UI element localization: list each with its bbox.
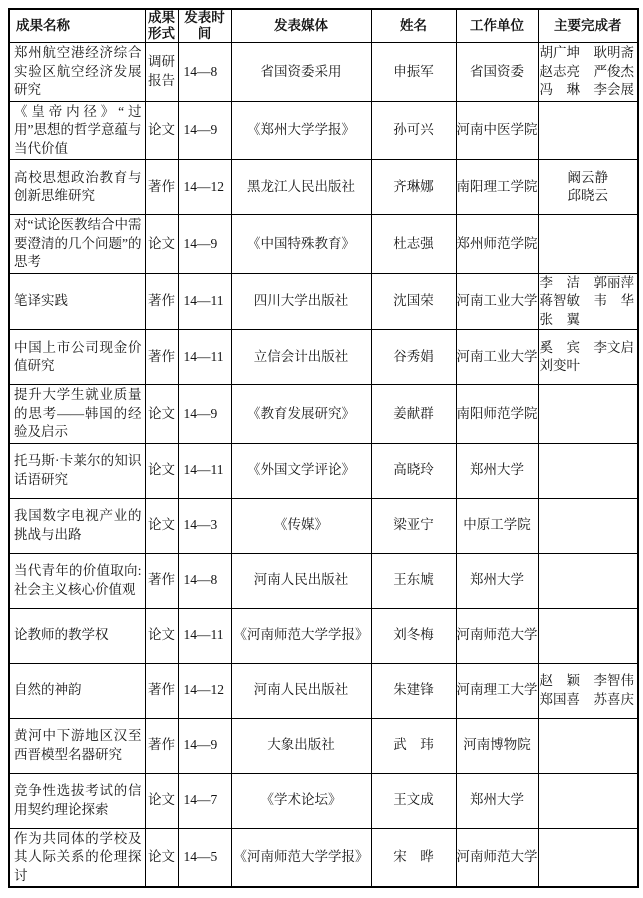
cell-work-unit: 河南理工大学 [456, 663, 538, 718]
cell-achievement-name: 中国上市公司现金价值研究 [9, 330, 145, 385]
cell-person-name: 宋 晔 [371, 828, 456, 887]
table-row: 托马斯·卡莱尔的知识话语研究 论文 14—11 《外国文学评论》 高晓玲 郑州大… [9, 443, 638, 498]
cell-achievement-form: 著作 [145, 160, 178, 215]
header-row: 成果名称 成果形式 发表时间 发表媒体 姓名 工作单位 主要完成者 [9, 9, 638, 43]
cell-work-unit: 南阳师范学院 [456, 385, 538, 444]
cell-contributors [538, 553, 638, 608]
cell-work-unit: 郑州大学 [456, 553, 538, 608]
cell-achievement-form: 著作 [145, 718, 178, 773]
cell-achievement-name: 我国数字电视产业的挑战与出路 [9, 498, 145, 553]
cell-person-name: 姜献群 [371, 385, 456, 444]
col-header-main-contributors: 主要完成者 [538, 9, 638, 43]
cell-achievement-form: 著作 [145, 663, 178, 718]
cell-contributors [538, 498, 638, 553]
cell-achievement-form: 著作 [145, 330, 178, 385]
contributors-text: 奚 宾 李文启 刘变叶 [540, 339, 637, 376]
cell-work-unit: 河南博物院 [456, 718, 538, 773]
cell-person-name: 梁亚宁 [371, 498, 456, 553]
col-header-publish-media: 发表媒体 [231, 9, 371, 43]
cell-achievement-name: 笔译实践 [9, 273, 145, 330]
cell-contributors [538, 608, 638, 663]
cell-contributors: 赵 颖 李智伟 郑国喜 苏喜庆 [538, 663, 638, 718]
cell-publish-media: 河南人民出版社 [231, 663, 371, 718]
cell-work-unit: 河南中医学院 [456, 101, 538, 160]
contributors-text: 赵 颖 李智伟 郑国喜 苏喜庆 [540, 672, 637, 709]
cell-person-name: 谷秀娟 [371, 330, 456, 385]
cell-publish-time: 14—8 [178, 553, 231, 608]
cell-work-unit: 河南师范大学 [456, 828, 538, 887]
col-header-achievement-form: 成果形式 [145, 9, 178, 43]
cell-person-name: 沈国荣 [371, 273, 456, 330]
cell-person-name: 武 玮 [371, 718, 456, 773]
cell-publish-time: 14—9 [178, 215, 231, 274]
cell-publish-time: 14—5 [178, 828, 231, 887]
cell-publish-media: 《传媒》 [231, 498, 371, 553]
cell-work-unit: 河南师范大学 [456, 608, 538, 663]
cell-contributors [538, 773, 638, 828]
cell-work-unit: 郑州大学 [456, 443, 538, 498]
cell-person-name: 高晓玲 [371, 443, 456, 498]
cell-person-name: 王东虓 [371, 553, 456, 608]
cell-achievement-form: 论文 [145, 498, 178, 553]
cell-achievement-name: 作为共同体的学校及其人际关系的伦理探讨 [9, 828, 145, 887]
col-header-person-name: 姓名 [371, 9, 456, 43]
cell-publish-time: 14—11 [178, 608, 231, 663]
table-row: 黄河中下游地区汉至西晋模型名器研究 著作 14—9 大象出版社 武 玮 河南博物… [9, 718, 638, 773]
cell-contributors: 奚 宾 李文启 刘变叶 [538, 330, 638, 385]
cell-publish-time: 14—12 [178, 160, 231, 215]
cell-contributors [538, 828, 638, 887]
cell-contributors: 李 洁 郭丽萍 蒋智敏 韦 华 张 翼 [538, 273, 638, 330]
cell-publish-media: 《河南师范大学学报》 [231, 828, 371, 887]
col-header-publish-time: 发表时间 [178, 9, 231, 43]
cell-achievement-name: 提升大学生就业质量的思考——韩国的经验及启示 [9, 385, 145, 444]
cell-contributors [538, 443, 638, 498]
cell-achievement-name: 郑州航空港经济综合实验区航空经济发展研究 [9, 43, 145, 102]
cell-person-name: 朱建锋 [371, 663, 456, 718]
cell-contributors: 胡广坤 耿明斋 赵志亮 严俊杰 冯 琳 李会展 [538, 43, 638, 102]
cell-work-unit: 南阳理工学院 [456, 160, 538, 215]
contributors-text: 李 洁 郭丽萍 蒋智敏 韦 华 张 翼 [540, 274, 637, 330]
cell-publish-time: 14—12 [178, 663, 231, 718]
cell-publish-media: 立信会计出版社 [231, 330, 371, 385]
cell-work-unit: 中原工学院 [456, 498, 538, 553]
cell-person-name: 申振军 [371, 43, 456, 102]
cell-achievement-form: 著作 [145, 273, 178, 330]
col-header-work-unit: 工作单位 [456, 9, 538, 43]
cell-contributors: 阚云静 邱晓云 [538, 160, 638, 215]
cell-achievement-name: 高校思想政治教育与创新思维研究 [9, 160, 145, 215]
cell-publish-media: 《教育发展研究》 [231, 385, 371, 444]
cell-publish-media: 四川大学出版社 [231, 273, 371, 330]
contributors-text: 胡广坤 耿明斋 赵志亮 严俊杰 冯 琳 李会展 [540, 44, 637, 100]
cell-achievement-form: 调研报告 [145, 43, 178, 102]
cell-publish-media: 《郑州大学学报》 [231, 101, 371, 160]
cell-work-unit: 郑州师范学院 [456, 215, 538, 274]
cell-achievement-name: 竞争性选拔考试的信用契约理论探索 [9, 773, 145, 828]
table-row: 笔译实践 著作 14—11 四川大学出版社 沈国荣 河南工业大学 李 洁 郭丽萍… [9, 273, 638, 330]
cell-achievement-form: 论文 [145, 385, 178, 444]
document-page: 成果名称 成果形式 发表时间 发表媒体 姓名 工作单位 主要完成者 郑州航空港经… [0, 0, 643, 898]
cell-achievement-form: 论文 [145, 608, 178, 663]
cell-achievement-form: 著作 [145, 553, 178, 608]
cell-achievement-form: 论文 [145, 773, 178, 828]
cell-publish-media: 《河南师范大学学报》 [231, 608, 371, 663]
cell-work-unit: 郑州大学 [456, 773, 538, 828]
cell-work-unit: 河南工业大学 [456, 273, 538, 330]
table-row: 中国上市公司现金价值研究 著作 14—11 立信会计出版社 谷秀娟 河南工业大学… [9, 330, 638, 385]
cell-achievement-name: 自然的神韵 [9, 663, 145, 718]
cell-publish-media: 河南人民出版社 [231, 553, 371, 608]
table-row: 高校思想政治教育与创新思维研究 著作 14—12 黑龙江人民出版社 齐琳娜 南阳… [9, 160, 638, 215]
achievements-table: 成果名称 成果形式 发表时间 发表媒体 姓名 工作单位 主要完成者 郑州航空港经… [8, 8, 639, 888]
cell-achievement-name: 论教师的教学权 [9, 608, 145, 663]
cell-person-name: 刘冬梅 [371, 608, 456, 663]
cell-person-name: 杜志强 [371, 215, 456, 274]
cell-achievement-form: 论文 [145, 215, 178, 274]
cell-person-name: 孙可兴 [371, 101, 456, 160]
table-row: 提升大学生就业质量的思考——韩国的经验及启示 论文 14—9 《教育发展研究》 … [9, 385, 638, 444]
cell-publish-time: 14—9 [178, 101, 231, 160]
cell-work-unit: 省国资委 [456, 43, 538, 102]
table-row: 竞争性选拔考试的信用契约理论探索 论文 14—7 《学术论坛》 王文成 郑州大学 [9, 773, 638, 828]
cell-contributors [538, 385, 638, 444]
cell-person-name: 王文成 [371, 773, 456, 828]
cell-achievement-form: 论文 [145, 101, 178, 160]
table-row: 《皇帝内径》“过用”思想的哲学意蕴与当代价值 论文 14—9 《郑州大学学报》 … [9, 101, 638, 160]
table-row: 当代青年的价值取向:社会主义核心价值观 著作 14—8 河南人民出版社 王东虓 … [9, 553, 638, 608]
cell-work-unit: 河南工业大学 [456, 330, 538, 385]
table-row: 作为共同体的学校及其人际关系的伦理探讨 论文 14—5 《河南师范大学学报》 宋… [9, 828, 638, 887]
cell-contributors [538, 101, 638, 160]
cell-achievement-form: 论文 [145, 443, 178, 498]
cell-publish-time: 14—11 [178, 443, 231, 498]
cell-achievement-name: 黄河中下游地区汉至西晋模型名器研究 [9, 718, 145, 773]
cell-achievement-name: 当代青年的价值取向:社会主义核心价值观 [9, 553, 145, 608]
cell-person-name: 齐琳娜 [371, 160, 456, 215]
table-row: 论教师的教学权 论文 14—11 《河南师范大学学报》 刘冬梅 河南师范大学 [9, 608, 638, 663]
cell-contributors [538, 215, 638, 274]
cell-publish-time: 14—3 [178, 498, 231, 553]
cell-publish-time: 14—9 [178, 385, 231, 444]
col-header-achievement-name: 成果名称 [9, 9, 145, 43]
cell-publish-time: 14—9 [178, 718, 231, 773]
cell-contributors [538, 718, 638, 773]
cell-publish-time: 14—11 [178, 273, 231, 330]
cell-achievement-name: 托马斯·卡莱尔的知识话语研究 [9, 443, 145, 498]
cell-publish-time: 14—7 [178, 773, 231, 828]
table-row: 我国数字电视产业的挑战与出路 论文 14—3 《传媒》 梁亚宁 中原工学院 [9, 498, 638, 553]
cell-achievement-name: 《皇帝内径》“过用”思想的哲学意蕴与当代价值 [9, 101, 145, 160]
contributors-text: 阚云静 邱晓云 [540, 169, 637, 206]
cell-publish-time: 14—11 [178, 330, 231, 385]
table-row: 郑州航空港经济综合实验区航空经济发展研究 调研报告 14—8 省国资委采用 申振… [9, 43, 638, 102]
cell-publish-media: 《学术论坛》 [231, 773, 371, 828]
cell-publish-media: 黑龙江人民出版社 [231, 160, 371, 215]
cell-publish-media: 《外国文学评论》 [231, 443, 371, 498]
cell-publish-media: 大象出版社 [231, 718, 371, 773]
table-row: 自然的神韵 著作 14—12 河南人民出版社 朱建锋 河南理工大学 赵 颖 李智… [9, 663, 638, 718]
cell-publish-media: 省国资委采用 [231, 43, 371, 102]
cell-publish-time: 14—8 [178, 43, 231, 102]
cell-achievement-name: 对“试论医教结合中需要澄清的几个问题”的思考 [9, 215, 145, 274]
cell-achievement-form: 论文 [145, 828, 178, 887]
cell-publish-media: 《中国特殊教育》 [231, 215, 371, 274]
table-row: 对“试论医教结合中需要澄清的几个问题”的思考 论文 14—9 《中国特殊教育》 … [9, 215, 638, 274]
